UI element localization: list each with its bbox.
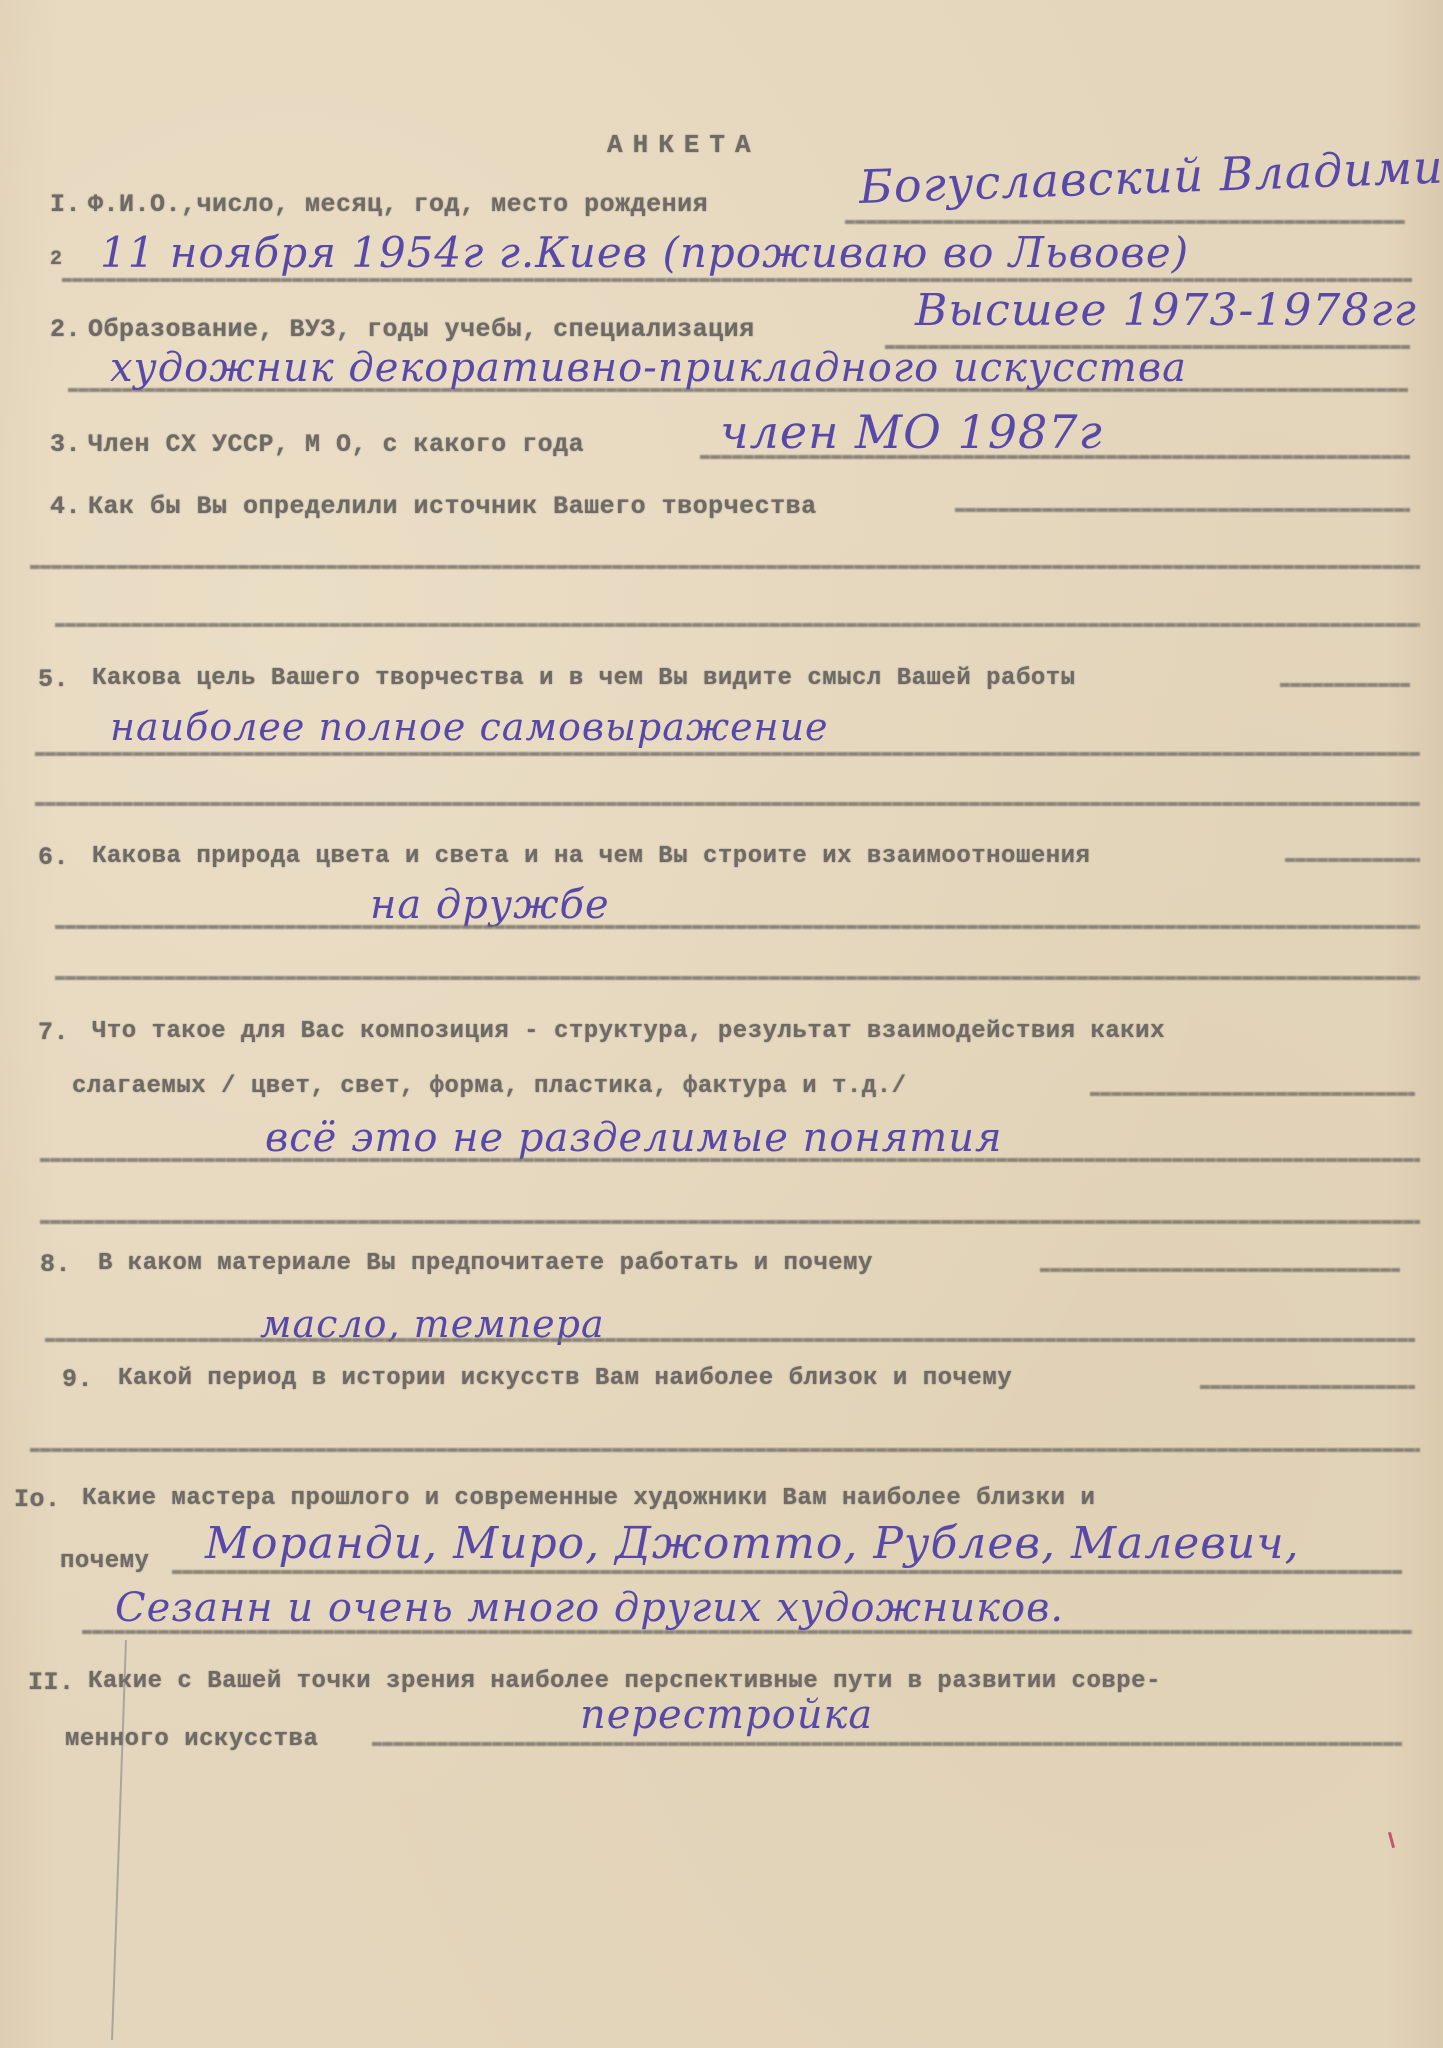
pencil-mark: [111, 1640, 127, 2040]
answer-line: [1280, 683, 1410, 687]
question-11-text-continued: менного искусства: [65, 1726, 318, 1753]
question-10-number: Io.: [14, 1485, 61, 1514]
question-2-text: Образование, ВУЗ, годы учебы, специализа…: [88, 315, 755, 344]
answer-5-line-1: наиболее полное самовыражение: [110, 705, 829, 749]
answer-2-line-2: художник декоративно-прикладного искусст…: [110, 345, 1187, 391]
ink-mark: [1388, 1832, 1395, 1848]
answer-10-line-1: Моранди, Миро, Джотто, Рублев, Малевич,: [205, 1518, 1300, 1569]
answer-line: [55, 623, 1420, 627]
question-5-number: 5.: [38, 665, 69, 694]
question-6-number: 6.: [38, 843, 69, 872]
answer-11-line-1: перестройка: [580, 1692, 873, 1738]
answer-line: [40, 1158, 1420, 1162]
answer-line: [955, 508, 1410, 512]
answer-line: [372, 1742, 1402, 1746]
answer-1-line-prefix: 2: [50, 248, 63, 271]
question-1-text: Ф.И.О.,число, месяц, год, место рождения: [88, 190, 708, 219]
question-5-text: Какова цель Вашего творчества и в чем Вы…: [92, 665, 1076, 692]
answer-line: [1285, 858, 1420, 862]
question-7-text: Что такое для Вас композиция - структура…: [92, 1018, 1165, 1045]
answer-line: [1040, 1268, 1400, 1272]
answer-line: [62, 278, 1412, 282]
answer-3-line-1: член МО 1987г: [720, 405, 1103, 459]
question-4-text: Как бы Вы определили источник Вашего тво…: [88, 492, 817, 521]
answer-7-line-1: всё это не разделимые понятия: [265, 1115, 1002, 1161]
answer-line: [55, 976, 1420, 980]
answer-10-line-2: Сезанн и очень много других художников.: [115, 1585, 1064, 1631]
question-11-number: II.: [28, 1668, 75, 1697]
question-8-text: В каком материале Вы предпочитаете работ…: [98, 1250, 873, 1277]
question-3-text: Член СХ УССР, М О, с какого года: [88, 430, 584, 459]
answer-line: [35, 802, 1420, 806]
answer-1-line-1: Богуславский Владимир В.: [858, 136, 1443, 214]
answer-6-line-1: на дружбе: [370, 882, 610, 928]
answer-line: [1200, 1385, 1415, 1389]
question-6-text: Какова природа цвета и света и на чем Вы…: [92, 843, 1090, 870]
answer-line: [45, 1338, 1415, 1342]
answer-line: [40, 1220, 1420, 1224]
answer-line: [172, 1570, 1402, 1574]
answer-line: [1090, 1092, 1415, 1096]
document-title: АНКЕТА: [607, 130, 761, 160]
question-10-text-continued: почему: [60, 1548, 149, 1575]
question-4-number: 4.: [50, 492, 81, 521]
answer-line: [35, 752, 1420, 756]
question-2-number: 2.: [50, 315, 81, 344]
question-7-number: 7.: [38, 1018, 69, 1047]
question-10-text: Какие мастера прошлого и современные худ…: [82, 1485, 1095, 1512]
answer-line: [845, 220, 1405, 224]
question-9-text: Какой период в истории искусств Вам наиб…: [118, 1365, 1012, 1392]
question-1-number: I.: [50, 190, 81, 219]
answer-line: [30, 565, 1420, 569]
question-8-number: 8.: [40, 1250, 71, 1279]
answer-line: [30, 1448, 1420, 1452]
question-7-text-continued: слагаемых / цвет, свет, форма, пластика,…: [72, 1073, 907, 1100]
question-3-number: 3.: [50, 430, 81, 459]
answer-line: [55, 925, 1420, 929]
answer-2-line-1: Высшее 1973-1978гг: [915, 285, 1417, 336]
question-9-number: 9.: [62, 1365, 93, 1394]
answer-1-line-2: 11 ноября 1954г г.Киев (проживаю во Льво…: [100, 228, 1189, 277]
question-11-text: Какие с Вашей точки зрения наиболее перс…: [88, 1668, 1161, 1695]
